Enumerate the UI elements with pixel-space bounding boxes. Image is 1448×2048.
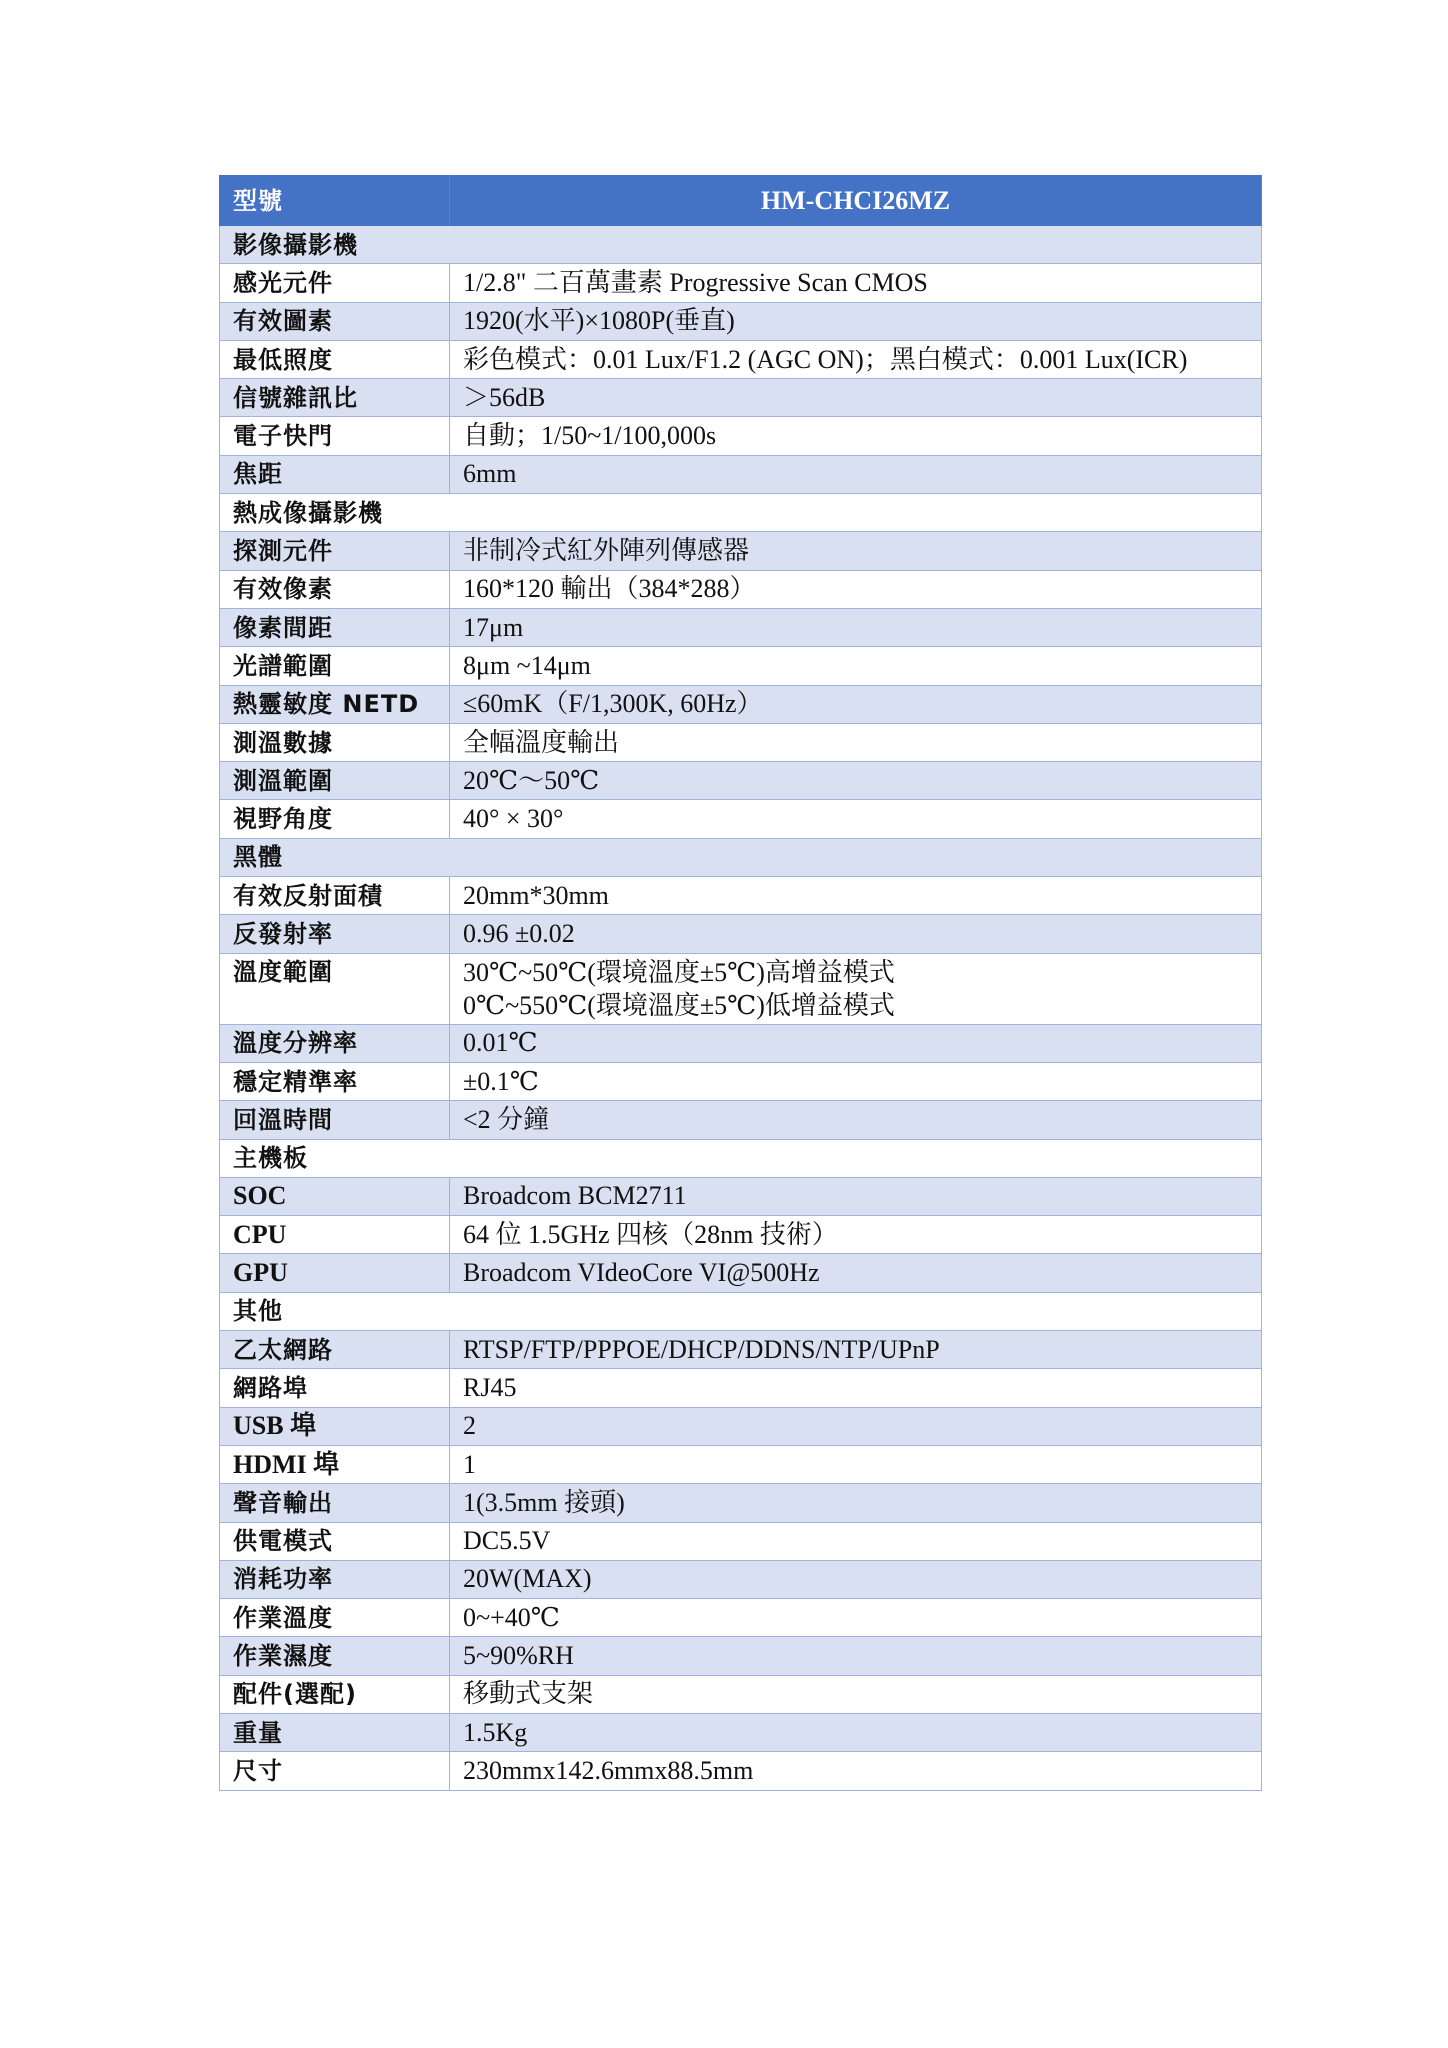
row-value: RJ45 [450, 1369, 1262, 1407]
table-row: 探測元件 非制冷式紅外陣列傳感器 [220, 532, 1262, 570]
table-row: CPU 64 位 1.5GHz 四核（28nm 技術） [220, 1216, 1262, 1254]
table-row: 重量 1.5Kg [220, 1713, 1262, 1751]
table-row: 焦距 6mm [220, 455, 1262, 493]
row-value: 0.96 ±0.02 [450, 915, 1262, 953]
row-label: 測溫數據 [220, 723, 450, 761]
row-label: 熱靈敏度 NETD [220, 685, 450, 723]
row-label: 乙太網路 [220, 1331, 450, 1369]
row-value: 自動；1/50~1/100,000s [450, 417, 1262, 455]
table-row: 溫度分辨率 0.01℃ [220, 1024, 1262, 1062]
table-row: 測溫範圍 20℃～50℃ [220, 762, 1262, 800]
value-line-low-gain: 0℃~550℃(環境溫度±5℃)低增益模式 [463, 989, 1261, 1022]
table-row: 穩定精準率 ±0.1℃ [220, 1062, 1262, 1100]
row-label: 探測元件 [220, 532, 450, 570]
row-label: USB 埠 [220, 1407, 450, 1445]
row-label: 作業濕度 [220, 1637, 450, 1675]
row-label: 作業溫度 [220, 1599, 450, 1637]
row-label: CPU [220, 1216, 450, 1254]
table-row: 像素間距 17μm [220, 608, 1262, 646]
row-label: 有效反射面積 [220, 877, 450, 915]
row-value: 彩色模式：0.01 Lux/F1.2 (AGC ON)；黑白模式：0.001 L… [450, 340, 1262, 378]
row-label: 電子快門 [220, 417, 450, 455]
row-label: 溫度範圍 [220, 953, 450, 1024]
table-row: 有效反射面積 20mm*30mm [220, 877, 1262, 915]
row-label: 供電模式 [220, 1522, 450, 1560]
table-row: 作業濕度 5~90%RH [220, 1637, 1262, 1675]
table-row: 供電模式 DC5.5V [220, 1522, 1262, 1560]
table-row: 最低照度 彩色模式：0.01 Lux/F1.2 (AGC ON)；黑白模式：0.… [220, 340, 1262, 378]
table-row: 視野角度 40° × 30° [220, 800, 1262, 838]
table-row: 尺寸 230mmx142.6mmx88.5mm [220, 1752, 1262, 1790]
model-label: 型號 [220, 176, 450, 226]
row-value: ±0.1℃ [450, 1062, 1262, 1100]
row-label: 配件(選配) [220, 1675, 450, 1713]
row-value: 0~+40℃ [450, 1599, 1262, 1637]
row-label: 聲音輸出 [220, 1484, 450, 1522]
row-value: 20℃～50℃ [450, 762, 1262, 800]
row-label: 測溫範圍 [220, 762, 450, 800]
row-value: 6mm [450, 455, 1262, 493]
table-row: HDMI 埠 1 [220, 1445, 1262, 1483]
row-value: 全幅溫度輸出 [450, 723, 1262, 761]
row-value: RTSP/FTP/PPPOE/DHCP/DDNS/NTP/UPnP [450, 1331, 1262, 1369]
table-row: 反發射率 0.96 ±0.02 [220, 915, 1262, 953]
row-value: 8μm ~14μm [450, 647, 1262, 685]
model-number: HM-CHCI26MZ [450, 176, 1262, 226]
spec-table: 型號 HM-CHCI26MZ 影像攝影機 感光元件 1/2.8" 二百萬畫素 P… [219, 175, 1262, 1791]
table-row: 電子快門 自動；1/50~1/100,000s [220, 417, 1262, 455]
row-value: ＞56dB [450, 379, 1262, 417]
table-row: 聲音輸出 1(3.5mm 接頭) [220, 1484, 1262, 1522]
row-label: HDMI 埠 [220, 1445, 450, 1483]
row-label: 最低照度 [220, 340, 450, 378]
section-row: 其他 [220, 1292, 1262, 1330]
table-row: 熱靈敏度 NETD ≤60mK（F/1,300K, 60Hz） [220, 685, 1262, 723]
row-value: 移動式支架 [450, 1675, 1262, 1713]
row-value: 20W(MAX) [450, 1560, 1262, 1598]
row-value: Broadcom VIdeoCore VI@500Hz [450, 1254, 1262, 1292]
section-title-video-camera: 影像攝影機 [220, 226, 1262, 264]
section-row: 影像攝影機 [220, 226, 1262, 264]
row-label: 感光元件 [220, 264, 450, 302]
row-value: 1 [450, 1445, 1262, 1483]
table-row: 乙太網路 RTSP/FTP/PPPOE/DHCP/DDNS/NTP/UPnP [220, 1331, 1262, 1369]
row-label: 消耗功率 [220, 1560, 450, 1598]
row-value: 1/2.8" 二百萬畫素 Progressive Scan CMOS [450, 264, 1262, 302]
row-value: 230mmx142.6mmx88.5mm [450, 1752, 1262, 1790]
row-label: 焦距 [220, 455, 450, 493]
row-value: <2 分鐘 [450, 1101, 1262, 1139]
section-row: 黑體 [220, 838, 1262, 876]
table-row: 感光元件 1/2.8" 二百萬畫素 Progressive Scan CMOS [220, 264, 1262, 302]
section-title-blackbody: 黑體 [220, 838, 1262, 876]
table-row: 信號雜訊比 ＞56dB [220, 379, 1262, 417]
row-value: Broadcom BCM2711 [450, 1177, 1262, 1215]
row-label: 回溫時間 [220, 1101, 450, 1139]
row-label: 溫度分辨率 [220, 1024, 450, 1062]
row-value: 5~90%RH [450, 1637, 1262, 1675]
row-value: 64 位 1.5GHz 四核（28nm 技術） [450, 1216, 1262, 1254]
table-row: 配件(選配) 移動式支架 [220, 1675, 1262, 1713]
row-label: 穩定精準率 [220, 1062, 450, 1100]
row-value: DC5.5V [450, 1522, 1262, 1560]
section-row: 主機板 [220, 1139, 1262, 1177]
row-label: 信號雜訊比 [220, 379, 450, 417]
row-value: 0.01℃ [450, 1024, 1262, 1062]
row-value: ≤60mK（F/1,300K, 60Hz） [450, 685, 1262, 723]
row-label: 尺寸 [220, 1752, 450, 1790]
row-label: 有效像素 [220, 570, 450, 608]
table-row: 溫度範圍 30℃~50℃(環境溫度±5℃)高增益模式 0℃~550℃(環境溫度±… [220, 953, 1262, 1024]
row-label: GPU [220, 1254, 450, 1292]
table-row: 測溫數據 全幅溫度輸出 [220, 723, 1262, 761]
table-row: 有效像素 160*120 輸出（384*288） [220, 570, 1262, 608]
row-label: 有效圖素 [220, 302, 450, 340]
row-value: 160*120 輸出（384*288） [450, 570, 1262, 608]
table-row: 回溫時間 <2 分鐘 [220, 1101, 1262, 1139]
row-value: 17μm [450, 608, 1262, 646]
row-value: 30℃~50℃(環境溫度±5℃)高增益模式 0℃~550℃(環境溫度±5℃)低增… [450, 953, 1262, 1024]
table-header-row: 型號 HM-CHCI26MZ [220, 176, 1262, 226]
row-value: 20mm*30mm [450, 877, 1262, 915]
section-title-other: 其他 [220, 1292, 1262, 1330]
value-line-high-gain: 30℃~50℃(環境溫度±5℃)高增益模式 [463, 956, 1261, 989]
row-value: 1(3.5mm 接頭) [450, 1484, 1262, 1522]
table-row: 光譜範圍 8μm ~14μm [220, 647, 1262, 685]
table-row: 網路埠 RJ45 [220, 1369, 1262, 1407]
row-value: 40° × 30° [450, 800, 1262, 838]
row-label: SOC [220, 1177, 450, 1215]
row-value: 2 [450, 1407, 1262, 1445]
table-row: USB 埠 2 [220, 1407, 1262, 1445]
row-label: 像素間距 [220, 608, 450, 646]
row-label: 視野角度 [220, 800, 450, 838]
section-row: 熱成像攝影機 [220, 494, 1262, 532]
section-title-thermal-camera: 熱成像攝影機 [220, 494, 1262, 532]
row-value: 非制冷式紅外陣列傳感器 [450, 532, 1262, 570]
row-label: 光譜範圍 [220, 647, 450, 685]
table-row: 作業溫度 0~+40℃ [220, 1599, 1262, 1637]
table-row: SOC Broadcom BCM2711 [220, 1177, 1262, 1215]
row-value: 1.5Kg [450, 1713, 1262, 1751]
table-row: GPU Broadcom VIdeoCore VI@500Hz [220, 1254, 1262, 1292]
row-label: 網路埠 [220, 1369, 450, 1407]
section-title-mainboard: 主機板 [220, 1139, 1262, 1177]
row-value: 1920(水平)×1080P(垂直) [450, 302, 1262, 340]
table-row: 消耗功率 20W(MAX) [220, 1560, 1262, 1598]
row-label: 重量 [220, 1713, 450, 1751]
row-label: 反發射率 [220, 915, 450, 953]
table-row: 有效圖素 1920(水平)×1080P(垂直) [220, 302, 1262, 340]
